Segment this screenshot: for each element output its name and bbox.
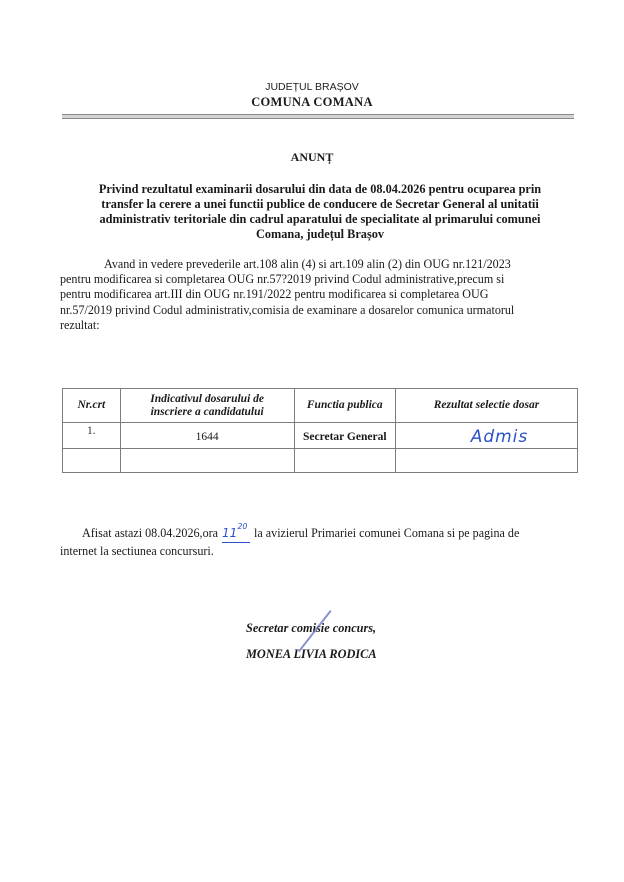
cell-rezultat	[395, 449, 577, 473]
header-rezultat: Rezultat selectie dosar	[395, 389, 577, 423]
posting-suffix: la avizierul Primariei comunei Comana si…	[254, 526, 519, 540]
cell-functia: Secretar General	[294, 423, 395, 449]
posting-notice: Afisat astazi 08.04.2026,ora1120la avizi…	[60, 521, 580, 560]
header-indicativ: Indicativul dosarului de inscriere a can…	[120, 389, 294, 423]
results-table: Nr.crt Indicativul dosarului de inscrier…	[62, 388, 578, 473]
document-title: ANUNȚ	[0, 150, 624, 165]
handwritten-time: 1120	[222, 521, 250, 543]
legal-basis-paragraph: Avand in vedere prevederile art.108 alin…	[60, 257, 580, 333]
header-indicativ-line2: inscriere a candidatului	[151, 406, 264, 418]
commune-name: COMUNA COMANA	[0, 95, 624, 110]
subject-line: transfer la cerere a unei functii public…	[80, 197, 560, 212]
paragraph-line: pentru modificarea si completarea OUG nr…	[60, 272, 580, 287]
table-row: 1. 1644 Secretar General Admis	[63, 423, 578, 449]
posting-prefix: Afisat astazi 08.04.2026,ora	[82, 526, 218, 540]
cell-nr: 1.	[63, 423, 121, 449]
cell-nr	[63, 449, 121, 473]
subject-line: Privind rezultatul examinarii dosarului …	[80, 182, 560, 197]
signatory-name: MONEA LIVIA RODICA	[246, 647, 377, 662]
announcement-subject: Privind rezultatul examinarii dosarului …	[80, 182, 560, 242]
header-functia: Functia publica	[294, 389, 395, 423]
subject-line: administrativ teritoriale din cadrul apa…	[80, 212, 560, 227]
table-row	[63, 449, 578, 473]
handwritten-minutes: 20	[237, 522, 247, 531]
cell-functia	[294, 449, 395, 473]
header-divider	[62, 114, 574, 119]
cell-indicativ: 1644	[120, 423, 294, 449]
header-nr-crt: Nr.crt	[63, 389, 121, 423]
cell-rezultat-handwritten: Admis	[395, 423, 577, 449]
table-header-row: Nr.crt Indicativul dosarului de inscrier…	[63, 389, 578, 423]
header-indicativ-line1: Indicativul dosarului de	[150, 393, 264, 405]
cell-indicativ	[120, 449, 294, 473]
handwritten-hour: 11	[222, 526, 237, 540]
subject-line: Comana, județul Brașov	[80, 227, 560, 242]
posting-line-2: internet la sectiunea concursuri.	[60, 543, 580, 560]
posting-line: Afisat astazi 08.04.2026,ora1120la avizi…	[60, 521, 580, 543]
paragraph-line: nr.57/2019 privind Codul administrativ,c…	[60, 303, 580, 318]
county-name: JUDEȚUL BRAȘOV	[0, 81, 624, 93]
paragraph-line: rezultat:	[60, 318, 580, 333]
paragraph-line: pentru modificarea art.III din OUG nr.19…	[60, 287, 580, 302]
paragraph-line: Avand in vedere prevederile art.108 alin…	[60, 257, 580, 272]
